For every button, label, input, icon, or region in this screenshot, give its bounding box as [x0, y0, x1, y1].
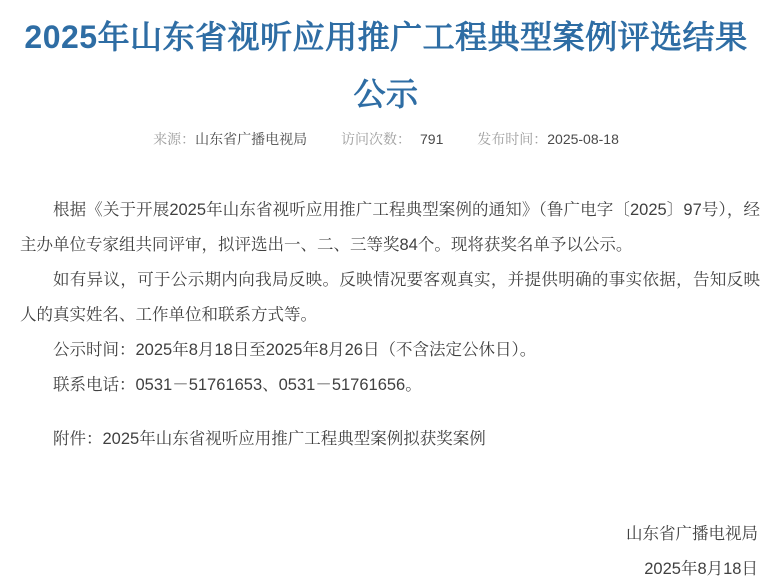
paragraph-objection: 如有异议，可于公示期内向我局反映。反映情况要客观真实，并提供明确的事实依据，告知… [20, 263, 760, 333]
attachment-line: 附件：2025年山东省视听应用推广工程典型案例拟获奖案例 [20, 422, 760, 457]
meta-publish-date: 发布时间：2025-08-18 [477, 129, 619, 149]
meta-visits-label: 访问次数： [341, 131, 411, 147]
page-title-line2: 公示 [0, 66, 772, 123]
page-title-line1: 2025年山东省视听应用推广工程典型案例评选结果 [0, 9, 772, 66]
paragraph-publicity-period: 公示时间：2025年8月18日至2025年8月26日（不含法定公休日）。 [20, 333, 760, 368]
announcement-body: 根据《关于开展2025年山东省视听应用推广工程典型案例的通知》（鲁广电字〔202… [0, 193, 772, 457]
meta-source-value: 山东省广播电视局 [195, 131, 307, 147]
meta-visits-value: 791 [420, 131, 443, 147]
paragraph-contact-phone: 联系电话：0531－51761653、0531－51761656。 [20, 368, 760, 403]
meta-publish-label: 发布时间： [477, 131, 547, 147]
paragraph-basis: 根据《关于开展2025年山东省视听应用推广工程典型案例的通知》（鲁广电字〔202… [20, 193, 760, 263]
meta-source: 来源：山东省广播电视局 [153, 129, 307, 149]
meta-publish-value: 2025-08-18 [547, 131, 619, 147]
meta-visits: 访问次数：791 [341, 129, 443, 149]
meta-source-label: 来源： [153, 131, 195, 147]
signature-date: 2025年8月18日 [0, 552, 758, 582]
signature-block: 山东省广播电视局 2025年8月18日 [0, 517, 772, 582]
signature-organization: 山东省广播电视局 [0, 517, 758, 552]
article-meta: 来源：山东省广播电视局 访问次数：791 发布时间：2025-08-18 [0, 129, 772, 149]
announcement-page: 2025年山东省视听应用推广工程典型案例评选结果 公示 来源：山东省广播电视局 … [0, 0, 772, 582]
page-title: 2025年山东省视听应用推广工程典型案例评选结果 公示 [0, 0, 772, 123]
